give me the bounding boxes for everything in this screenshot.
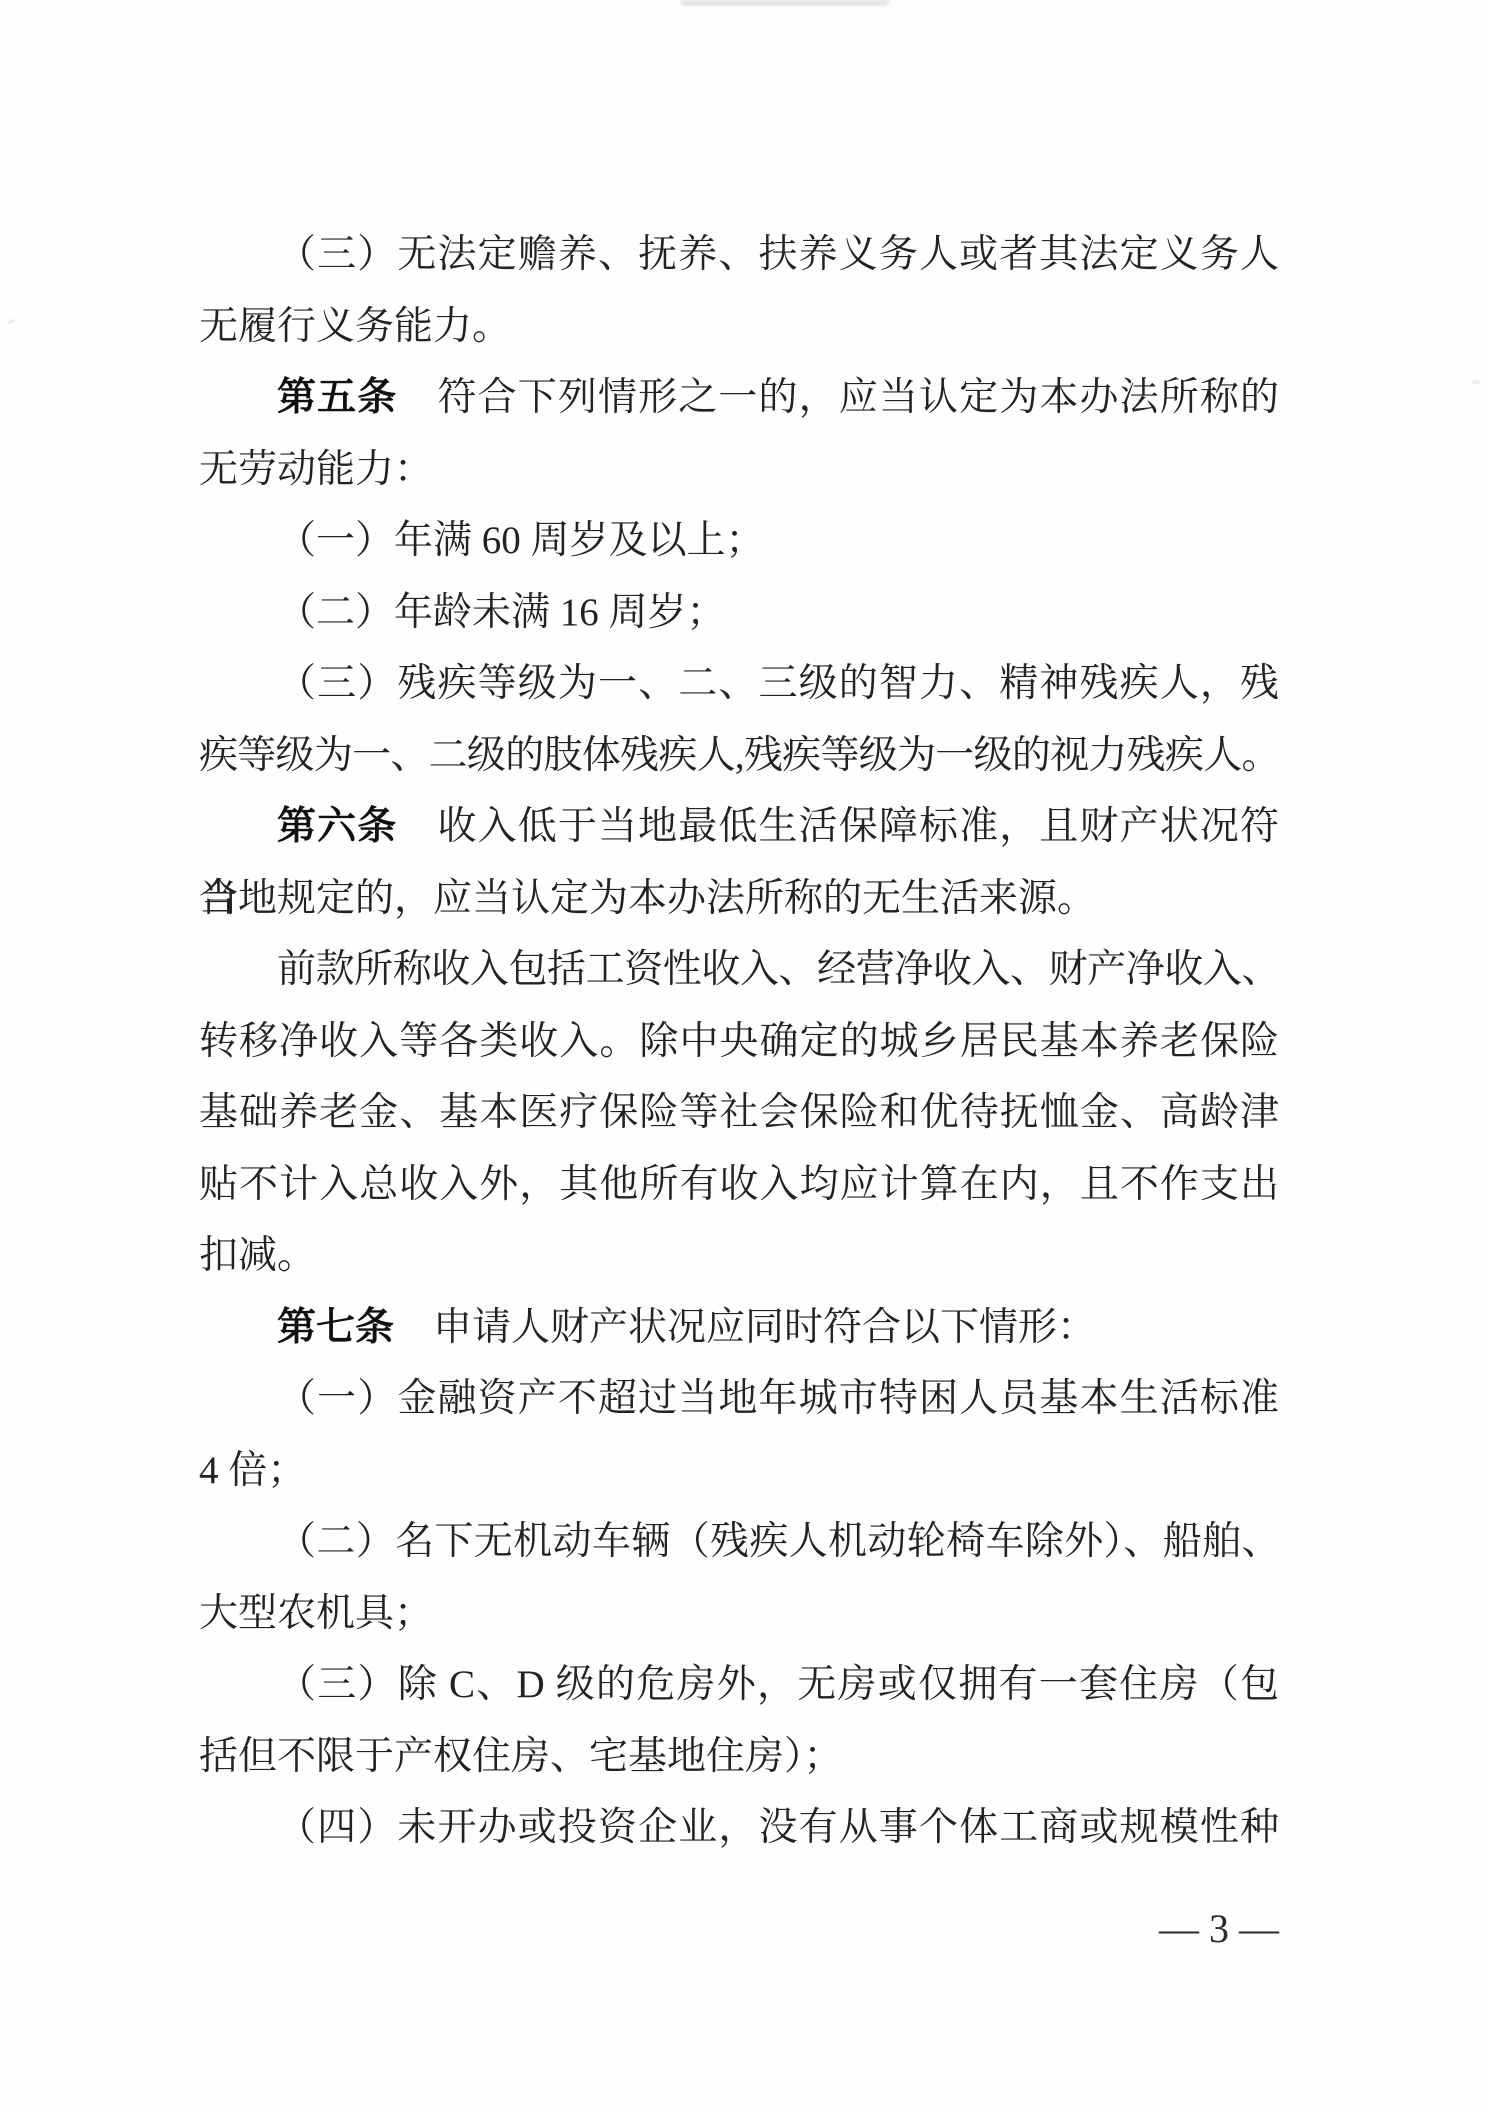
article-number: 第六条 bbox=[277, 805, 397, 848]
text-segment: 贴不计入总收入外，其他所有收入均应计算在内，且不作支出 bbox=[199, 1163, 1279, 1206]
text-segment: （三）除 C、D 级的危房外，无房或仅拥有一套住房（包 bbox=[277, 1663, 1279, 1706]
document-line: （一）年满 60 周岁及以上； bbox=[199, 505, 1279, 577]
document-line: 无履行义务能力。 bbox=[199, 291, 1279, 363]
document-line: 4 倍； bbox=[199, 1435, 1279, 1507]
text-segment: 基础养老金、基本医疗保险等社会保险和优待抚恤金、高龄津 bbox=[199, 1091, 1279, 1134]
document-line: （一）金融资产不超过当地年城市特困人员基本生活标准 bbox=[199, 1363, 1279, 1435]
text-segment: 无劳动能力： bbox=[199, 448, 433, 491]
text-segment: （三）无法定赡养、抚养、扶养义务人或者其法定义务人 bbox=[277, 233, 1279, 276]
document-line: 无劳动能力： bbox=[199, 434, 1279, 506]
scan-artifact-left-speck bbox=[8, 318, 16, 324]
page-number: — 3 — bbox=[199, 1906, 1279, 1952]
text-segment: 当地规定的，应当认定为本办法所称的无生活来源。 bbox=[199, 877, 1096, 920]
document-line: 第七条 申请人财产状况应同时符合以下情形： bbox=[199, 1292, 1279, 1364]
document-line: （二）名下无机动车辆（残疾人机动轮椅车除外）、船舶、 bbox=[199, 1506, 1279, 1578]
text-segment: 申请人财产状况应同时符合以下情形： bbox=[394, 1306, 1096, 1349]
scan-artifact-top-smudge bbox=[680, 0, 890, 6]
document-line: （四）未开办或投资企业，没有从事个体工商或规模性种 bbox=[199, 1792, 1279, 1864]
scan-artifact-right-speck bbox=[1472, 380, 1480, 384]
text-segment: （一）年满 60 周岁及以上； bbox=[277, 519, 765, 562]
text-segment: （二）名下无机动车辆（残疾人机动轮椅车除外）、船舶、 bbox=[277, 1520, 1279, 1563]
document-line: 前款所称收入包括工资性收入、经营净收入、财产净收入、 bbox=[199, 934, 1279, 1006]
document-line: 扣减。 bbox=[199, 1220, 1279, 1292]
document-line: （三）无法定赡养、抚养、扶养义务人或者其法定义务人 bbox=[199, 219, 1279, 291]
text-segment: 4 倍； bbox=[199, 1449, 306, 1492]
text-segment: 符合下列情形之一的，应当认定为本办法所称的 bbox=[397, 376, 1279, 419]
document-line: 第五条 符合下列情形之一的，应当认定为本办法所称的 bbox=[199, 362, 1279, 434]
text-segment: 转移净收入等各类收入。除中央确定的城乡居民基本养老保险 bbox=[199, 1020, 1279, 1063]
text-segment: 扣减。 bbox=[199, 1234, 316, 1277]
document-line: 疾等级为一、二级的肢体残疾人,残疾等级为一级的视力残疾人。 bbox=[199, 720, 1279, 792]
document-line: 第六条 收入低于当地最低生活保障标准，且财产状况符合 bbox=[199, 791, 1279, 863]
text-segment: 大型农机具； bbox=[199, 1592, 433, 1635]
document-line: 当地规定的，应当认定为本办法所称的无生活来源。 bbox=[199, 863, 1279, 935]
document-page: （三）无法定赡养、抚养、扶养义务人或者其法定义务人无履行义务能力。第五条 符合下… bbox=[0, 0, 1485, 2112]
document-line: （三）除 C、D 级的危房外，无房或仅拥有一套住房（包 bbox=[199, 1649, 1279, 1721]
article-number: 第七条 bbox=[277, 1306, 394, 1349]
document-line: （三）残疾等级为一、二、三级的智力、精神残疾人，残 bbox=[199, 648, 1279, 720]
document-line: 转移净收入等各类收入。除中央确定的城乡居民基本养老保险 bbox=[199, 1006, 1279, 1078]
document-line: 基础养老金、基本医疗保险等社会保险和优待抚恤金、高龄津 bbox=[199, 1077, 1279, 1149]
document-line: 大型农机具； bbox=[199, 1578, 1279, 1650]
document-line: 括但不限于产权住房、宅基地住房）； bbox=[199, 1721, 1279, 1793]
document-line: 贴不计入总收入外，其他所有收入均应计算在内，且不作支出 bbox=[199, 1149, 1279, 1221]
text-segment: 疾等级为一、二级的肢体残疾人,残疾等级为一级的视力残疾人。 bbox=[199, 734, 1279, 777]
article-number: 第五条 bbox=[277, 376, 397, 419]
text-segment: 前款所称收入包括工资性收入、经营净收入、财产净收入、 bbox=[277, 948, 1279, 991]
document-body: （三）无法定赡养、抚养、扶养义务人或者其法定义务人无履行义务能力。第五条 符合下… bbox=[199, 219, 1279, 1864]
text-segment: （一）金融资产不超过当地年城市特困人员基本生活标准 bbox=[277, 1377, 1279, 1420]
text-segment: 括但不限于产权住房、宅基地住房）； bbox=[199, 1735, 843, 1778]
document-line: （二）年龄未满 16 周岁； bbox=[199, 577, 1279, 649]
text-segment: 无履行义务能力。 bbox=[199, 305, 511, 348]
text-segment: （四）未开办或投资企业，没有从事个体工商或规模性种 bbox=[277, 1806, 1279, 1849]
text-segment: （三）残疾等级为一、二、三级的智力、精神残疾人，残 bbox=[277, 662, 1279, 705]
text-segment: （二）年龄未满 16 周岁； bbox=[277, 591, 726, 634]
